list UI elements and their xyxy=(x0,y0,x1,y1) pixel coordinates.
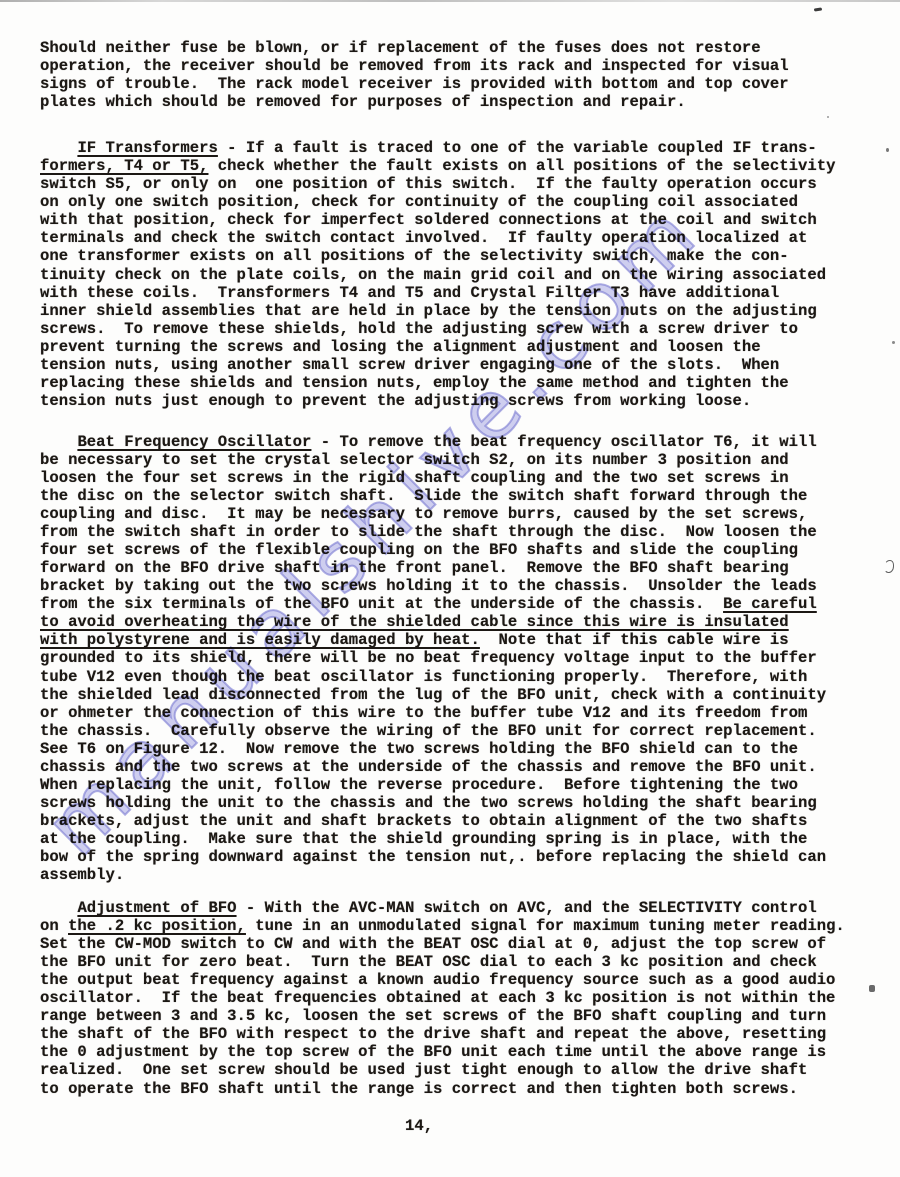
page-number: 14, xyxy=(405,1117,433,1135)
body-text: Should neither fuse be blown, or if repl… xyxy=(40,39,789,111)
body-text: - If a fault is traced to one of the var… xyxy=(218,139,817,157)
scan-speck xyxy=(814,7,822,11)
body-text: - To remove the beat frequency oscillato… xyxy=(40,433,817,613)
body-text xyxy=(40,433,77,451)
scan-speck xyxy=(884,560,894,573)
scan-speck xyxy=(869,985,875,992)
body-text xyxy=(40,899,77,917)
underlined-text: the .2 kc position, xyxy=(68,917,246,935)
paragraph-adjustment-of-bfo: Adjustment of BFO - With the AVC-MAN swi… xyxy=(40,899,870,1098)
scan-speck xyxy=(886,148,889,152)
underlined-text: Beat Frequency Oscillator xyxy=(77,433,311,451)
underlined-text: Adjustment of BFO xyxy=(77,899,236,917)
scan-edge-artifact xyxy=(0,0,900,2)
body-text xyxy=(40,139,77,157)
paragraph-beat-frequency-oscillator: Beat Frequency Oscillator - To remove th… xyxy=(40,433,870,884)
underlined-text: formers, T4 or T5, xyxy=(40,157,208,175)
scan-speck xyxy=(892,341,895,344)
document-text: Should neither fuse be blown, or if repl… xyxy=(40,39,870,1098)
body-text: tune in an unmodulated signal for maximu… xyxy=(40,917,845,1097)
body-text: check whether the fault exists on all po… xyxy=(40,157,835,410)
paragraph-intro: Should neither fuse be blown, or if repl… xyxy=(40,39,870,111)
body-text: Note that if this cable wire is grounded… xyxy=(40,631,826,884)
scan-speck xyxy=(827,116,829,118)
paragraph-if-transformers: IF Transformers - If a fault is traced t… xyxy=(40,139,870,410)
underlined-text: IF Transformers xyxy=(77,139,217,157)
